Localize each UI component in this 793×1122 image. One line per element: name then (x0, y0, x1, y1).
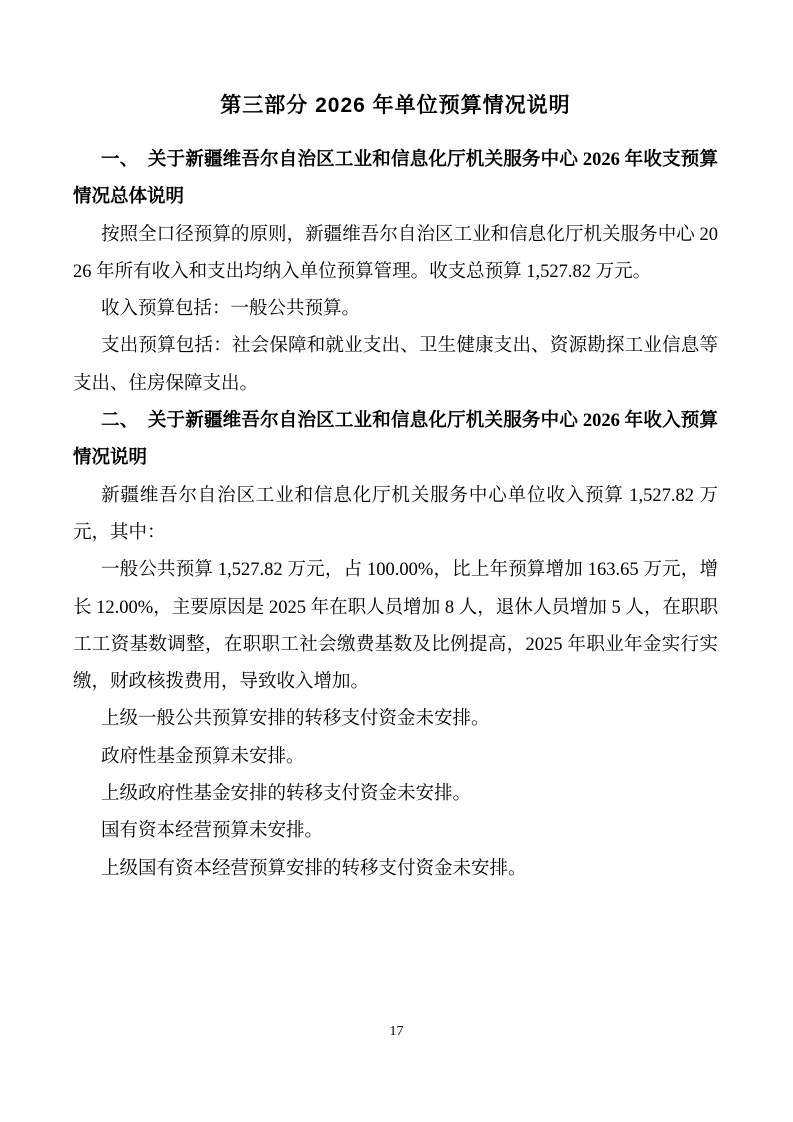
paragraph-general-public-budget-detail: 一般公共预算 1,527.82 万元，占 100.00%，比上年预算增加 163… (73, 552, 718, 701)
paragraph-superior-government-fund-transfer: 上级政府性基金安排的转移支付资金未安排。 (73, 776, 718, 813)
section-heading-income-expense-overview: 一、 关于新疆维吾尔自治区工业和信息化厅机关服务中心 2026 年收支预算情况总… (73, 142, 718, 217)
section-heading-income-explanation: 二、 关于新疆维吾尔自治区工业和信息化厅机关服务中心 2026 年收入预算情况说… (73, 403, 718, 478)
paragraph-state-capital-budget: 国有资本经营预算未安排。 (73, 813, 718, 850)
paragraph-total-budget: 按照全口径预算的原则，新疆维吾尔自治区工业和信息化厅机关服务中心 2026 年所… (73, 217, 718, 292)
paragraph-income-budget-includes: 收入预算包括：一般公共预算。 (73, 291, 718, 328)
document-title: 第三部分 2026 年单位预算情况说明 (73, 87, 718, 124)
paragraph-unit-income-budget: 新疆维吾尔自治区工业和信息化厅机关服务中心单位收入预算 1,527.82 万元，… (73, 478, 718, 553)
document-page: 第三部分 2026 年单位预算情况说明 一、 关于新疆维吾尔自治区工业和信息化厅… (0, 0, 793, 1122)
document-content: 第三部分 2026 年单位预算情况说明 一、 关于新疆维吾尔自治区工业和信息化厅… (73, 87, 718, 888)
paragraph-expense-budget-includes: 支出预算包括：社会保障和就业支出、卫生健康支出、资源勘探工业信息等支出、住房保障… (73, 328, 718, 403)
paragraph-superior-state-capital-transfer: 上级国有资本经营预算安排的转移支付资金未安排。 (73, 851, 718, 888)
page-number: 17 (0, 1023, 793, 1041)
paragraph-superior-general-transfer: 上级一般公共预算安排的转移支付资金未安排。 (73, 701, 718, 738)
paragraph-government-fund-budget: 政府性基金预算未安排。 (73, 739, 718, 776)
